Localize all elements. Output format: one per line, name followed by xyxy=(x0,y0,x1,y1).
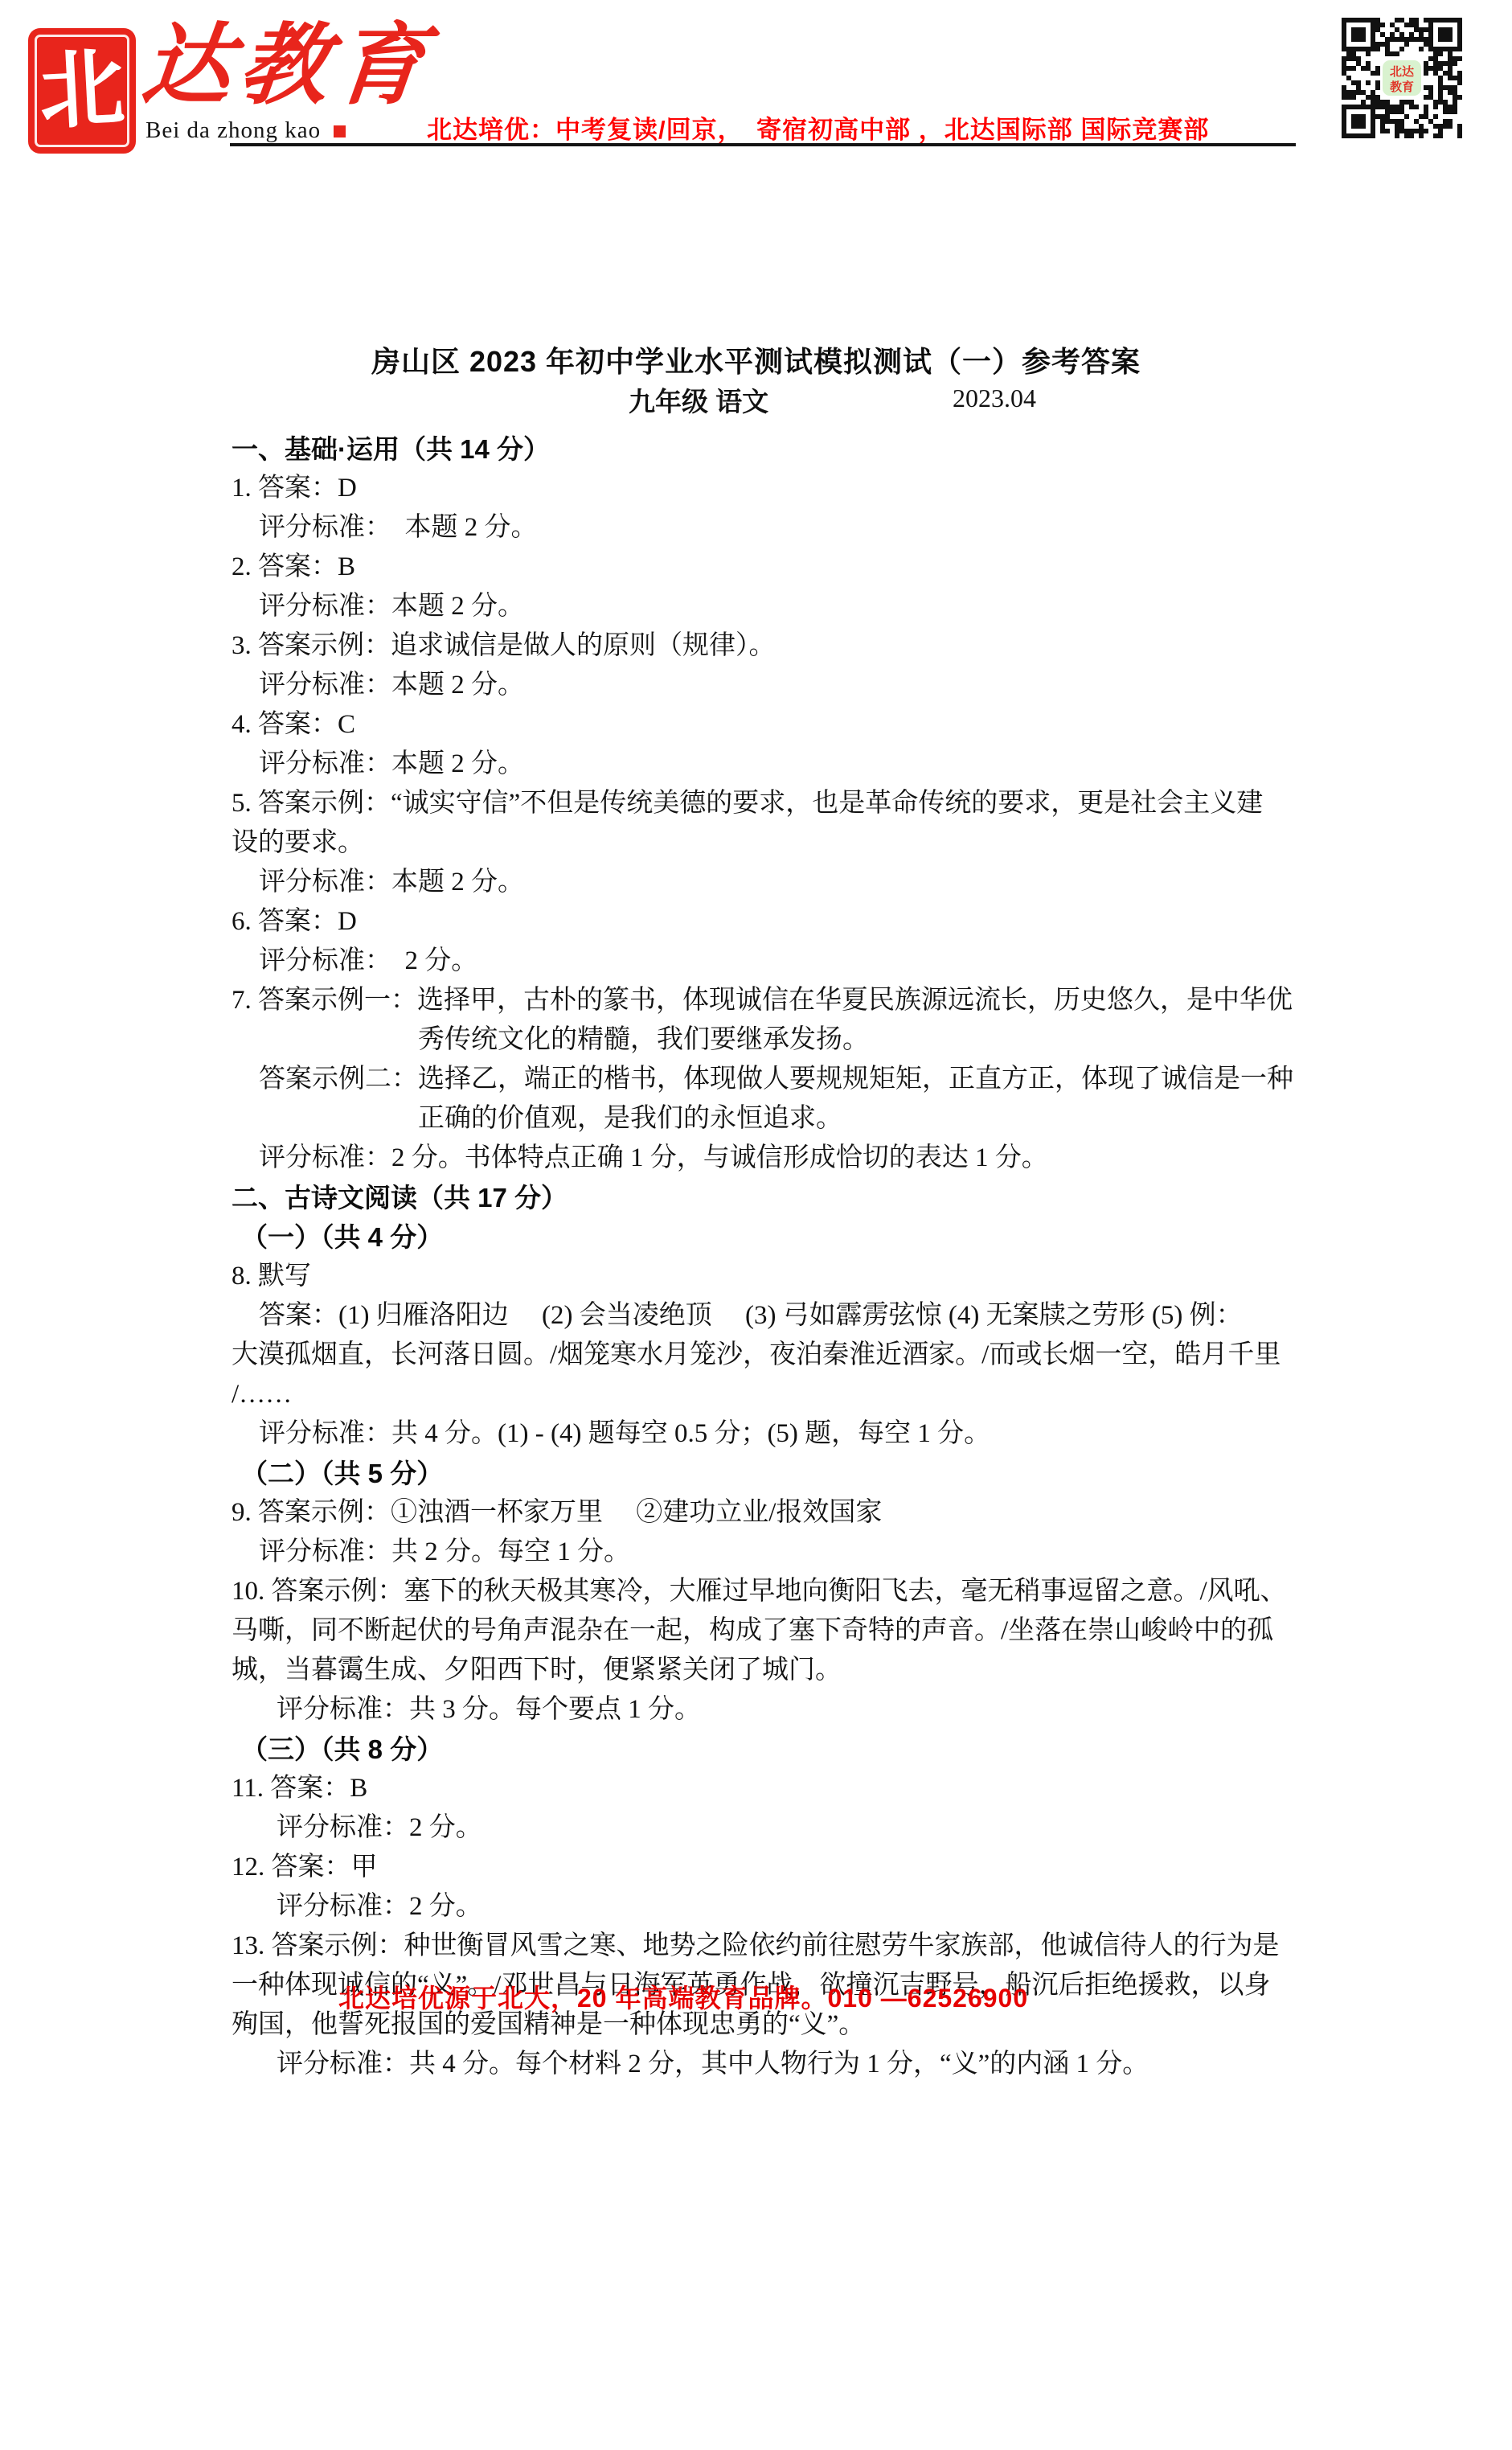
answer-line: 评分标准： 本题 2 分。 xyxy=(0,508,1512,548)
answer-line: 评分标准：共 4 分。(1) - (4) 题每空 0.5 分；(5) 题，每空 … xyxy=(0,1414,1512,1454)
answer-line: 正确的价值观，是我们的永恒追求。 xyxy=(0,1099,1512,1139)
qr-label-line1: 北达 xyxy=(1390,65,1414,79)
answer-line: 12. 答案：甲 xyxy=(0,1848,1512,1887)
answer-line: 2. 答案：B xyxy=(0,548,1512,587)
answer-line: 9. 答案示例：①浊酒一杯家万里 ②建功立业/报效国家 xyxy=(0,1493,1512,1533)
answer-line: 评分标准：2 分。 xyxy=(0,1887,1512,1927)
answer-line: 3. 答案示例：追求诚信是做人的原则（规律）。 xyxy=(0,626,1512,666)
answer-line: 10. 答案示例：塞下的秋天极其寒冷，大雁过早地向衡阳飞去，毫无稍事逗留之意。/… xyxy=(0,1572,1512,1611)
brand-stamp-logo: 北 xyxy=(31,31,133,151)
answer-line: 4. 答案：C xyxy=(0,705,1512,745)
answer-line: 设的要求。 xyxy=(0,823,1512,863)
answer-line: 答案：(1) 归雁洛阳边 (2) 会当凌绝顶 (3) 弓如霹雳弦惊 (4) 无案… xyxy=(0,1296,1512,1336)
answer-line: 6. 答案：D xyxy=(0,902,1512,942)
answer-line: 7. 答案示例一：选择甲，古朴的篆书，体现诚信在华夏民族源远流长，历史悠久，是中… xyxy=(0,981,1512,1020)
subtitle-date: 2023.04 xyxy=(953,384,1036,413)
header-divider-line xyxy=(230,143,1296,146)
subtitle-grade: 九年级 语文 xyxy=(629,381,768,419)
answer-line: 大漠孤烟直，长河落日圆。/烟笼寒水月笼沙，夜泊秦淮近酒家。/而或长烟一空，皓月千… xyxy=(0,1336,1512,1375)
answer-line: 评分标准：共 3 分。每个要点 1 分。 xyxy=(0,1690,1512,1730)
answer-line: 11. 答案：B xyxy=(0,1769,1512,1808)
answer-line: 秀传统文化的精髓，我们要继承发扬。 xyxy=(0,1020,1512,1060)
answer-lines: 一、基础·运用（共 14 分）1. 答案：D评分标准： 本题 2 分。2. 答案… xyxy=(0,429,1512,2084)
answer-line: 13. 答案示例：种世衡冒风雪之寒、地势之险依约前往慰劳牛家族部，他诚信待人的行… xyxy=(0,1927,1512,1966)
answer-line: 城，当暮霭生成、夕阳西下时，便紧紧关闭了城门。 xyxy=(0,1651,1512,1690)
qr-label-line2: 教育 xyxy=(1390,80,1414,94)
stamp-character: 北 xyxy=(37,46,126,135)
brand-calligraphy: 达教育 xyxy=(138,18,438,115)
section-heading-line: （一）（共 4 分） xyxy=(0,1217,1512,1257)
answer-line: 8. 默写 xyxy=(0,1257,1512,1296)
section-heading-line: 二、古诗文阅读（共 17 分） xyxy=(0,1178,1512,1217)
section-heading-line: 一、基础·运用（共 14 分） xyxy=(0,429,1512,469)
section-heading-line: （三）（共 8 分） xyxy=(0,1730,1512,1769)
answer-line: 评分标准：本题 2 分。 xyxy=(0,745,1512,784)
answer-line: 评分标准： 2 分。 xyxy=(0,942,1512,981)
answer-line: 评分标准：共 2 分。每空 1 分。 xyxy=(0,1533,1512,1572)
answer-line: 评分标准：2 分。 xyxy=(0,1808,1512,1848)
answer-line: 1. 答案：D xyxy=(0,469,1512,508)
red-square-mark xyxy=(334,125,346,137)
answer-line: 答案示例二：选择乙，端正的楷书，体现做人要规规矩矩，正直方正，体现了诚信是一种 xyxy=(0,1060,1512,1099)
answer-line: 评分标准：本题 2 分。 xyxy=(0,666,1512,705)
answer-line: 评分标准：本题 2 分。 xyxy=(0,863,1512,902)
answer-line: 评分标准：本题 2 分。 xyxy=(0,587,1512,626)
brand-latin: Bei da zhong kao xyxy=(145,117,346,144)
header-slogan: 北达培优：中考复读/回京， 寄宿初高中部 ，北达国际部 国际竞赛部 xyxy=(427,109,1209,146)
answer-line: 评分标准：2 分。书体特点正确 1 分，与诚信形成恰切的表达 1 分。 xyxy=(0,1139,1512,1178)
answer-line: 5. 答案示例：“诚实守信”不但是传统美德的要求，也是革命传统的要求，更是社会主… xyxy=(0,784,1512,823)
answer-line: 评分标准：共 4 分。每个材料 2 分，其中人物行为 1 分，“义”的内涵 1 … xyxy=(0,2045,1512,2084)
answer-line: 马嘶，同不断起伏的号角声混杂在一起，构成了塞下奇特的声音。/坐落在崇山峻岭中的孤 xyxy=(0,1611,1512,1651)
section-heading-line: （二）（共 5 分） xyxy=(0,1454,1512,1493)
answer-line: /…… xyxy=(0,1375,1512,1414)
page: 北 达教育 Bei da zhong kao 北达培优：中考复读/回京， 寄宿初… xyxy=(0,0,1512,2450)
document-title: 房山区 2023 年初中学业水平测试模拟测试（一）参考答案 xyxy=(0,339,1512,380)
watermark-text: 北达培优源于北大，20 年高端教育品牌。010 —62526900 xyxy=(338,1978,1028,2015)
qr-code: 北达 教育 xyxy=(1341,17,1463,139)
brand-latin-text: Bei da zhong kao xyxy=(145,117,321,143)
